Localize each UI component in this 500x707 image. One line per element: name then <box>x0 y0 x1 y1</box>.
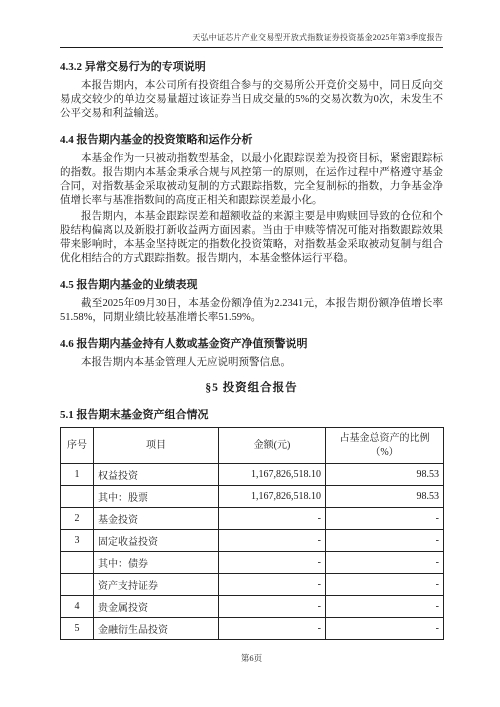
page-header: 天弘中证芯片产业交易型开放式指数证券投资基金2025年第3季度报告 <box>60 33 443 48</box>
cell-seq <box>61 574 94 596</box>
cell-seq: 5 <box>61 618 94 640</box>
page-number: 第6页 <box>60 652 443 664</box>
column-header-ratio: 占基金总资产的比例（%） <box>326 428 444 464</box>
cell-amount: - <box>219 552 326 574</box>
cell-item: 固定收益投资 <box>94 530 219 552</box>
cell-amount: 1,167,826,518.10 <box>219 464 326 486</box>
cell-ratio: 98.53 <box>326 464 444 486</box>
cell-seq: 1 <box>61 464 94 486</box>
cell-amount: 1,167,826,518.10 <box>219 486 326 508</box>
cell-amount: - <box>219 530 326 552</box>
paragraph-4-3-2: 本报告期内，本公司所有投资组合参与的交易所公开竞价交易中，同日反向交易成交较少的… <box>60 79 443 121</box>
cell-item: 其中：股票 <box>94 486 219 508</box>
paragraph-4-6: 本报告期内本基金管理人无应说明预警信息。 <box>60 356 443 370</box>
table-header-row: 序号 项目 金额(元) 占基金总资产的比例（%） <box>61 428 444 464</box>
cell-amount: - <box>219 574 326 596</box>
section-heading-4-4: 4.4 报告期内基金的投资策略和运作分析 <box>60 133 443 148</box>
cell-seq <box>61 552 94 574</box>
table-row: 其中：债券 - - <box>61 552 444 574</box>
cell-ratio: - <box>326 530 444 552</box>
cell-amount: - <box>219 618 326 640</box>
table-row: 4 贵金属投资 - - <box>61 596 444 618</box>
cell-item: 权益投资 <box>94 464 219 486</box>
column-header-seq: 序号 <box>61 428 94 464</box>
cell-item: 金融衍生品投资 <box>94 618 219 640</box>
cell-ratio: - <box>326 596 444 618</box>
table-row: 资产支持证券 - - <box>61 574 444 596</box>
section-heading-5-1: 5.1 报告期末基金资产组合情况 <box>60 408 443 423</box>
section-heading-4-3-2: 4.3.2 异常交易行为的专项说明 <box>60 60 443 75</box>
cell-ratio: - <box>326 552 444 574</box>
cell-amount: - <box>219 508 326 530</box>
asset-composition-table: 序号 项目 金额(元) 占基金总资产的比例（%） 1 权益投资 1,167,82… <box>60 427 444 640</box>
cell-item: 基金投资 <box>94 508 219 530</box>
report-title-header: 天弘中证芯片产业交易型开放式指数证券投资基金2025年第3季度报告 <box>60 33 443 43</box>
table-row: 其中：股票 1,167,826,518.10 98.53 <box>61 486 444 508</box>
section-heading-4-6: 4.6 报告期内基金持有人数或基金资产净值预警说明 <box>60 337 443 352</box>
cell-ratio: - <box>326 508 444 530</box>
document-page: 天弘中证芯片产业交易型开放式指数证券投资基金2025年第3季度报告 4.3.2 … <box>0 0 500 707</box>
table-row: 2 基金投资 - - <box>61 508 444 530</box>
cell-seq: 3 <box>61 530 94 552</box>
paragraph-4-4-1: 本基金作为一只被动指数型基金，以最小化跟踪误差为投资目标，紧密跟踪标的指数。报告… <box>60 152 443 208</box>
paragraph-4-4-2: 报告期内，本基金跟踪误差和超额收益的来源主要是申购赎回导致的仓位和个股结构偏离以… <box>60 210 443 266</box>
column-header-amount: 金额(元) <box>219 428 326 464</box>
cell-amount: - <box>219 596 326 618</box>
cell-seq: 2 <box>61 508 94 530</box>
cell-ratio: - <box>326 618 444 640</box>
table-row: 5 金融衍生品投资 - - <box>61 618 444 640</box>
section-heading-4-5: 4.5 报告期内基金的业绩表现 <box>60 278 443 293</box>
cell-item: 其中：债券 <box>94 552 219 574</box>
cell-item: 资产支持证券 <box>94 574 219 596</box>
cell-seq <box>61 486 94 508</box>
chapter-heading-s5: §5 投资组合报告 <box>60 380 443 396</box>
paragraph-4-5: 截至2025年09月30日，本基金份额净值为2.2341元，本报告期份额净值增长… <box>60 297 443 325</box>
column-header-item: 项目 <box>94 428 219 464</box>
cell-seq: 4 <box>61 596 94 618</box>
cell-item: 贵金属投资 <box>94 596 219 618</box>
table-row: 1 权益投资 1,167,826,518.10 98.53 <box>61 464 444 486</box>
table-row: 3 固定收益投资 - - <box>61 530 444 552</box>
cell-ratio: - <box>326 574 444 596</box>
cell-ratio: 98.53 <box>326 486 444 508</box>
